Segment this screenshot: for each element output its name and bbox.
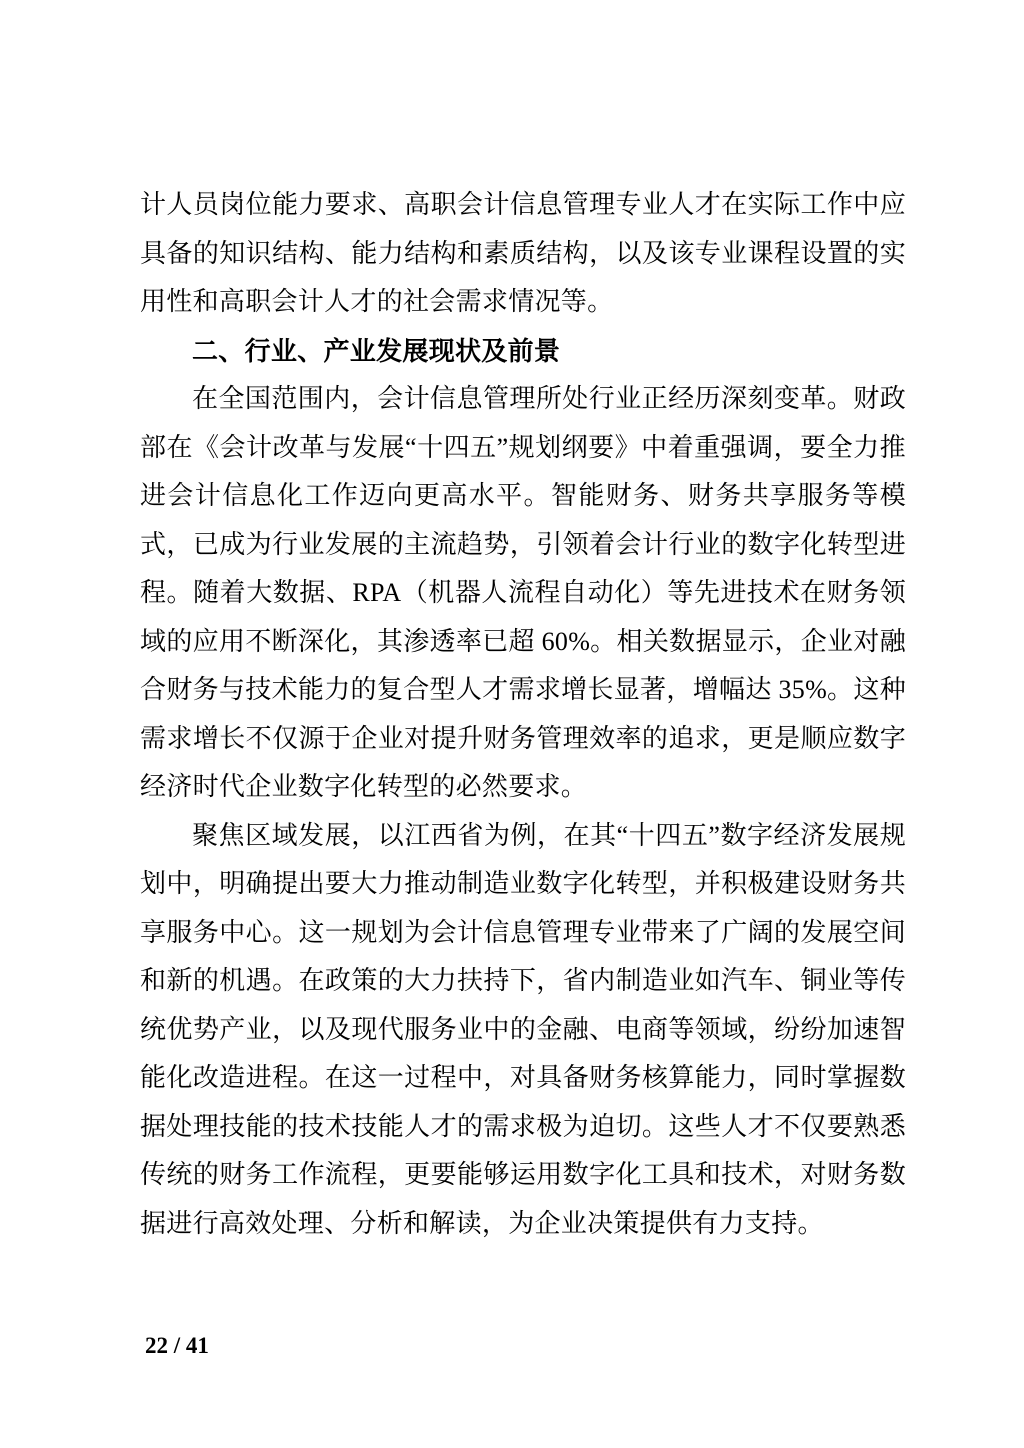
paragraph-continuation: 计人员岗位能力要求、高职会计信息管理专业人才在实际工作中应具备的知识结构、能力结… bbox=[140, 181, 906, 327]
page-number: 22 / 41 bbox=[145, 1333, 209, 1359]
paragraph-regional-development: 聚焦区域发展，以江西省为例，在其“十四五”数字经济发展规划中，明确提出要大力推动… bbox=[140, 812, 906, 1249]
document-page: 计人员岗位能力要求、高职会计信息管理专业人才在实际工作中应具备的知识结构、能力结… bbox=[0, 0, 1024, 1448]
section-heading: 二、行业、产业发展现状及前景 bbox=[140, 327, 906, 376]
paragraph-industry-overview: 在全国范围内，会计信息管理所处行业正经历深刻变革。财政部在《会计改革与发展“十四… bbox=[140, 375, 906, 812]
document-body: 计人员岗位能力要求、高职会计信息管理专业人才在实际工作中应具备的知识结构、能力结… bbox=[140, 181, 906, 1248]
